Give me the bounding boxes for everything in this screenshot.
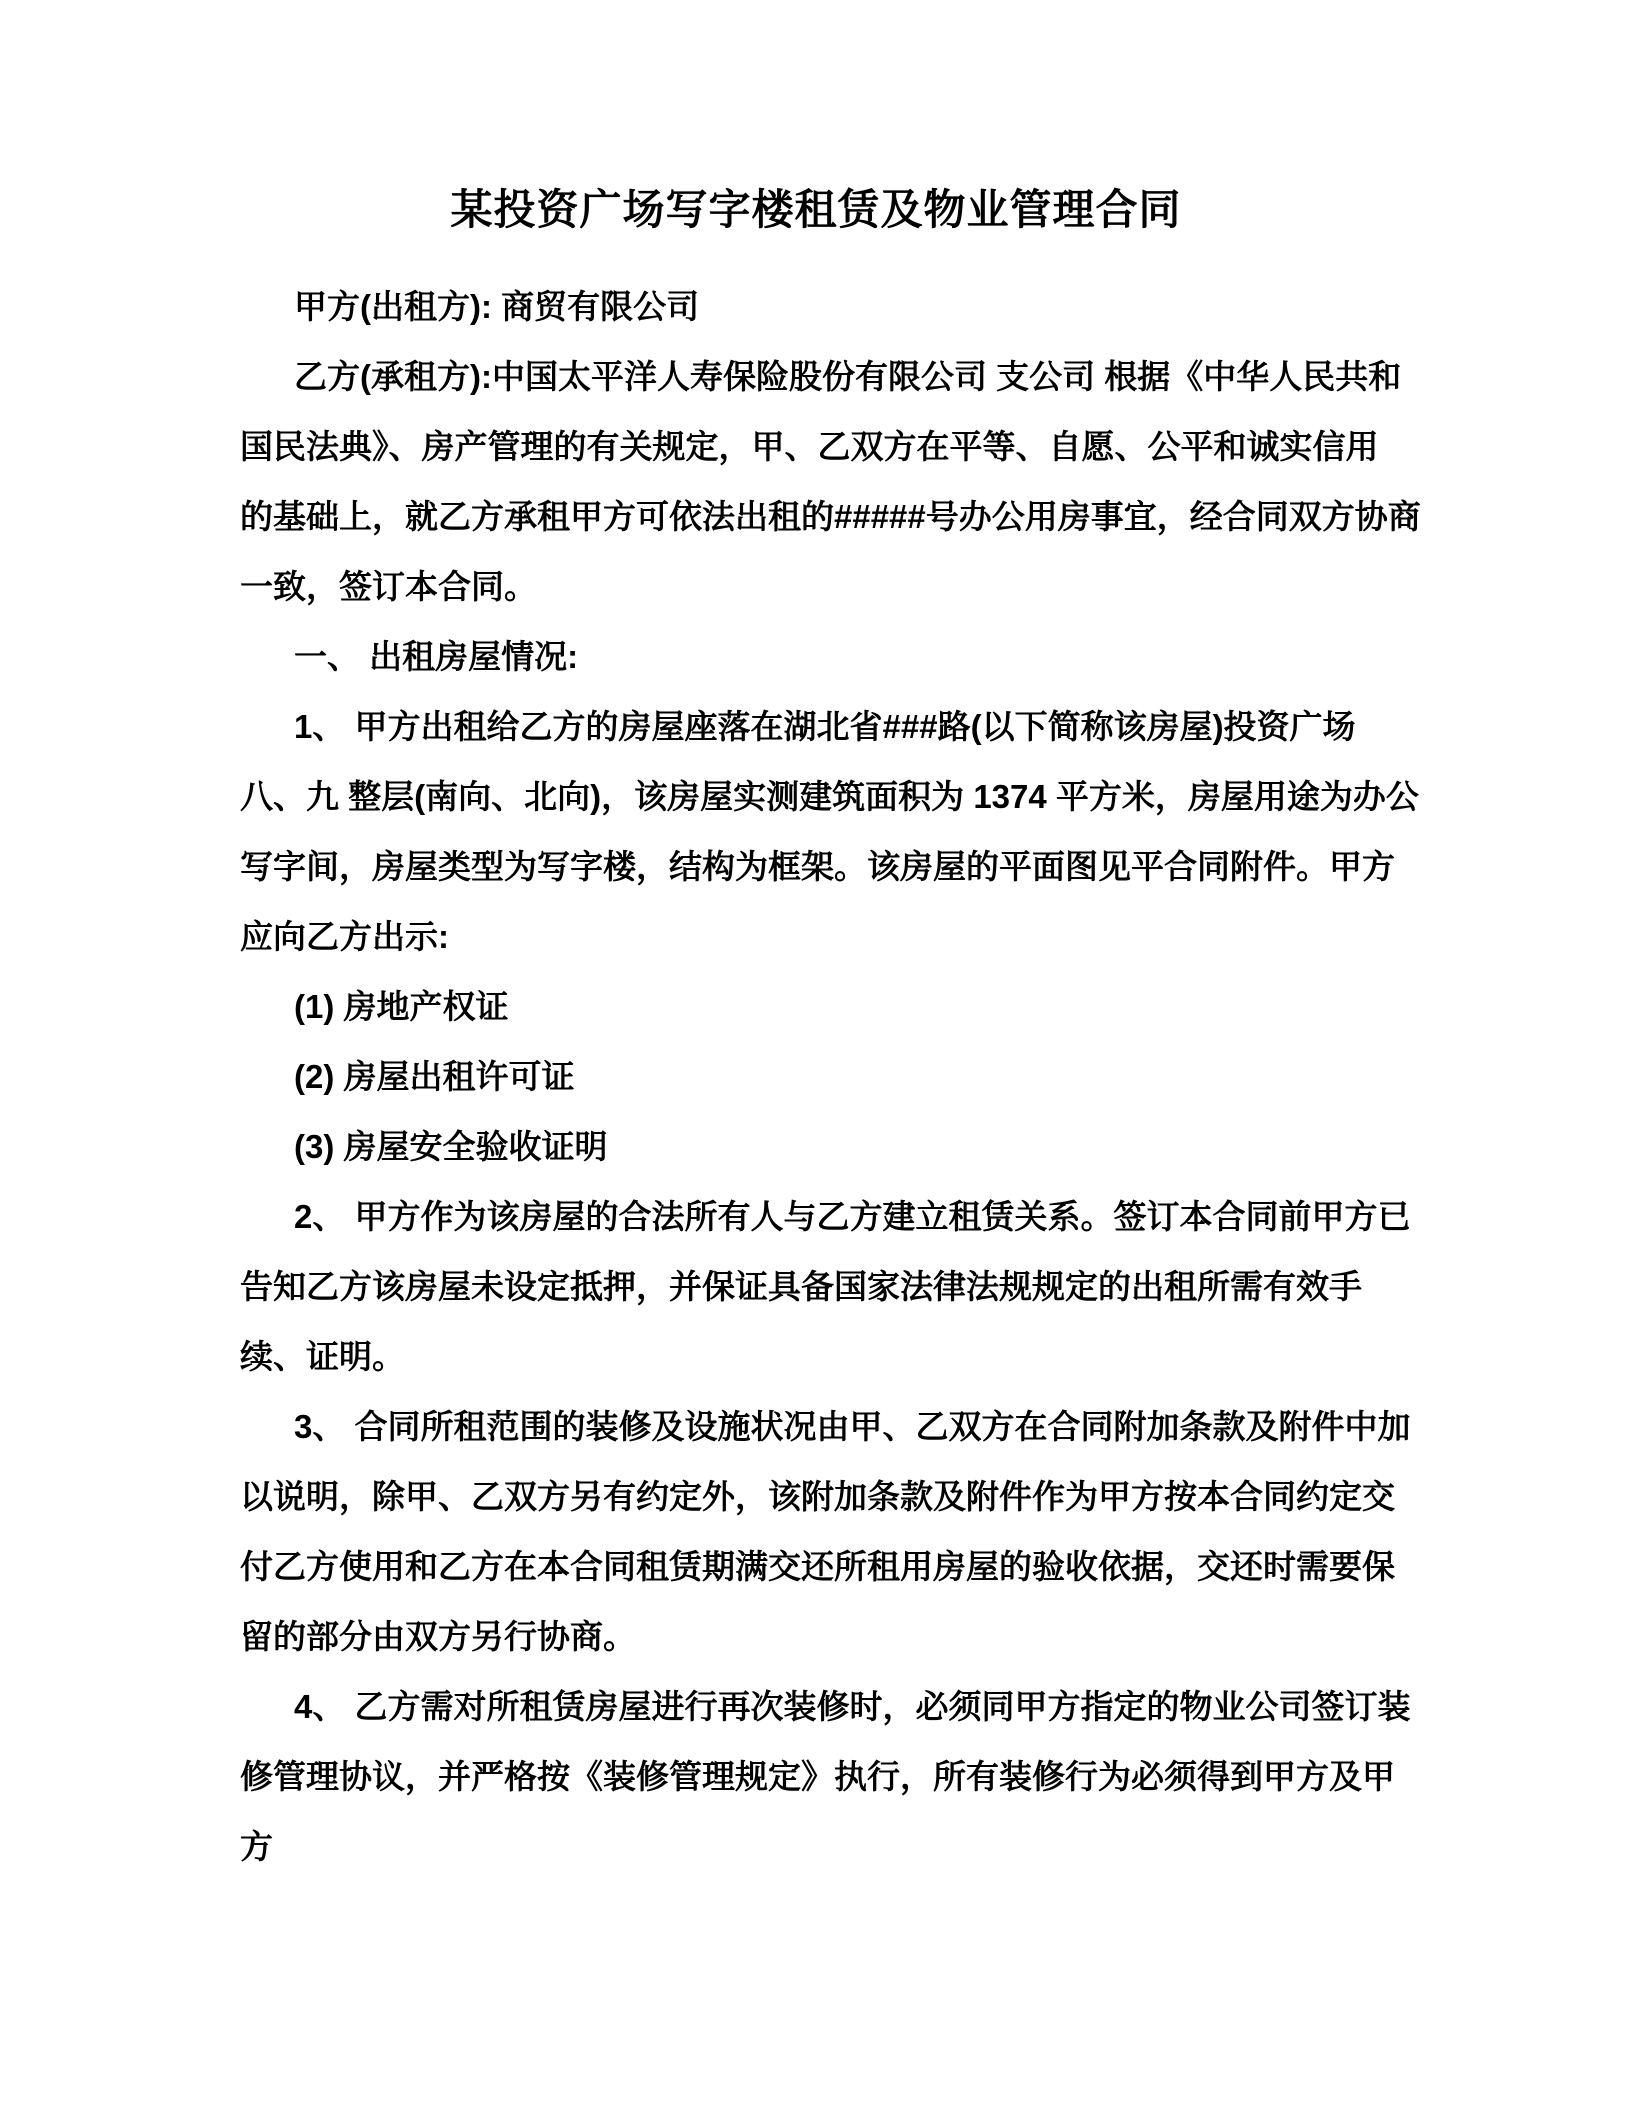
clause-4-line-1: 4、 乙方需对所租赁房屋进行再次装修时，必须同甲方指定的物业公司签订装 bbox=[240, 1672, 1390, 1742]
section-1-heading: 一、 出租房屋情况: bbox=[240, 622, 1390, 692]
party-a-line: 甲方(出租方): 商贸有限公司 bbox=[240, 272, 1390, 342]
clause-2-line-1: 2、 甲方作为该房屋的合法所有人与乙方建立租赁关系。签订本合同前甲方已 bbox=[240, 1182, 1390, 1252]
certificate-1-line: (1) 房地产权证 bbox=[240, 972, 1390, 1042]
certificate-2-line: (2) 房屋出租许可证 bbox=[240, 1042, 1390, 1112]
clause-3-line-2: 以说明，除甲、乙双方另有约定外，该附加条款及附件作为甲方按本合同约定交 bbox=[240, 1462, 1390, 1532]
clause-2-line-3: 续、证明。 bbox=[240, 1322, 1390, 1392]
party-b-preamble-line-2: 国民法典》、房产管理的有关规定，甲、乙双方在平等、自愿、公平和诚实信用 bbox=[240, 412, 1390, 482]
clause-4-line-2: 修管理协议，并严格按《装修管理规定》执行，所有装修行为必须得到甲方及甲 bbox=[240, 1742, 1390, 1812]
contract-page: 某投资广场写字楼租赁及物业管理合同 甲方(出租方): 商贸有限公司 乙方(承租方… bbox=[0, 0, 1632, 2112]
clause-1-line-4: 应向乙方出示: bbox=[240, 902, 1390, 972]
clause-1-line-3: 写字间，房屋类型为写字楼，结构为框架。该房屋的平面图见平合同附件。甲方 bbox=[240, 832, 1390, 902]
clause-1-line-1: 1、 甲方出租给乙方的房屋座落在湖北省###路(以下简称该房屋)投资广场 bbox=[240, 692, 1390, 762]
document-title: 某投资广场写字楼租赁及物业管理合同 bbox=[0, 0, 1632, 234]
clause-4-line-3: 方 bbox=[240, 1812, 1390, 1882]
clause-3-line-3: 付乙方使用和乙方在本合同租赁期满交还所租用房屋的验收依据，交还时需要保 bbox=[240, 1532, 1390, 1602]
party-b-preamble-line-1: 乙方(承租方):中国太平洋人寿保险股份有限公司 支公司 根据《中华人民共和 bbox=[240, 342, 1390, 412]
clause-2-line-2: 告知乙方该房屋未设定抵押，并保证具备国家法律法规规定的出租所需有效手 bbox=[240, 1252, 1390, 1322]
party-b-preamble-line-3: 的基础上，就乙方承租甲方可依法出租的#####号办公用房事宜，经合同双方协商 bbox=[240, 482, 1390, 552]
clause-3-line-1: 3、 合同所租范围的装修及设施状况由甲、乙双方在合同附加条款及附件中加 bbox=[240, 1392, 1390, 1462]
party-b-preamble-line-4: 一致，签订本合同。 bbox=[240, 552, 1390, 622]
certificate-3-line: (3) 房屋安全验收证明 bbox=[240, 1112, 1390, 1182]
clause-1-line-2: 八、九 整层(南向、北向)，该房屋实测建筑面积为 1374 平方米，房屋用途为办… bbox=[240, 762, 1390, 832]
clause-3-line-4: 留的部分由双方另行协商。 bbox=[240, 1602, 1390, 1672]
document-body: 甲方(出租方): 商贸有限公司 乙方(承租方):中国太平洋人寿保险股份有限公司 … bbox=[0, 272, 1632, 1882]
